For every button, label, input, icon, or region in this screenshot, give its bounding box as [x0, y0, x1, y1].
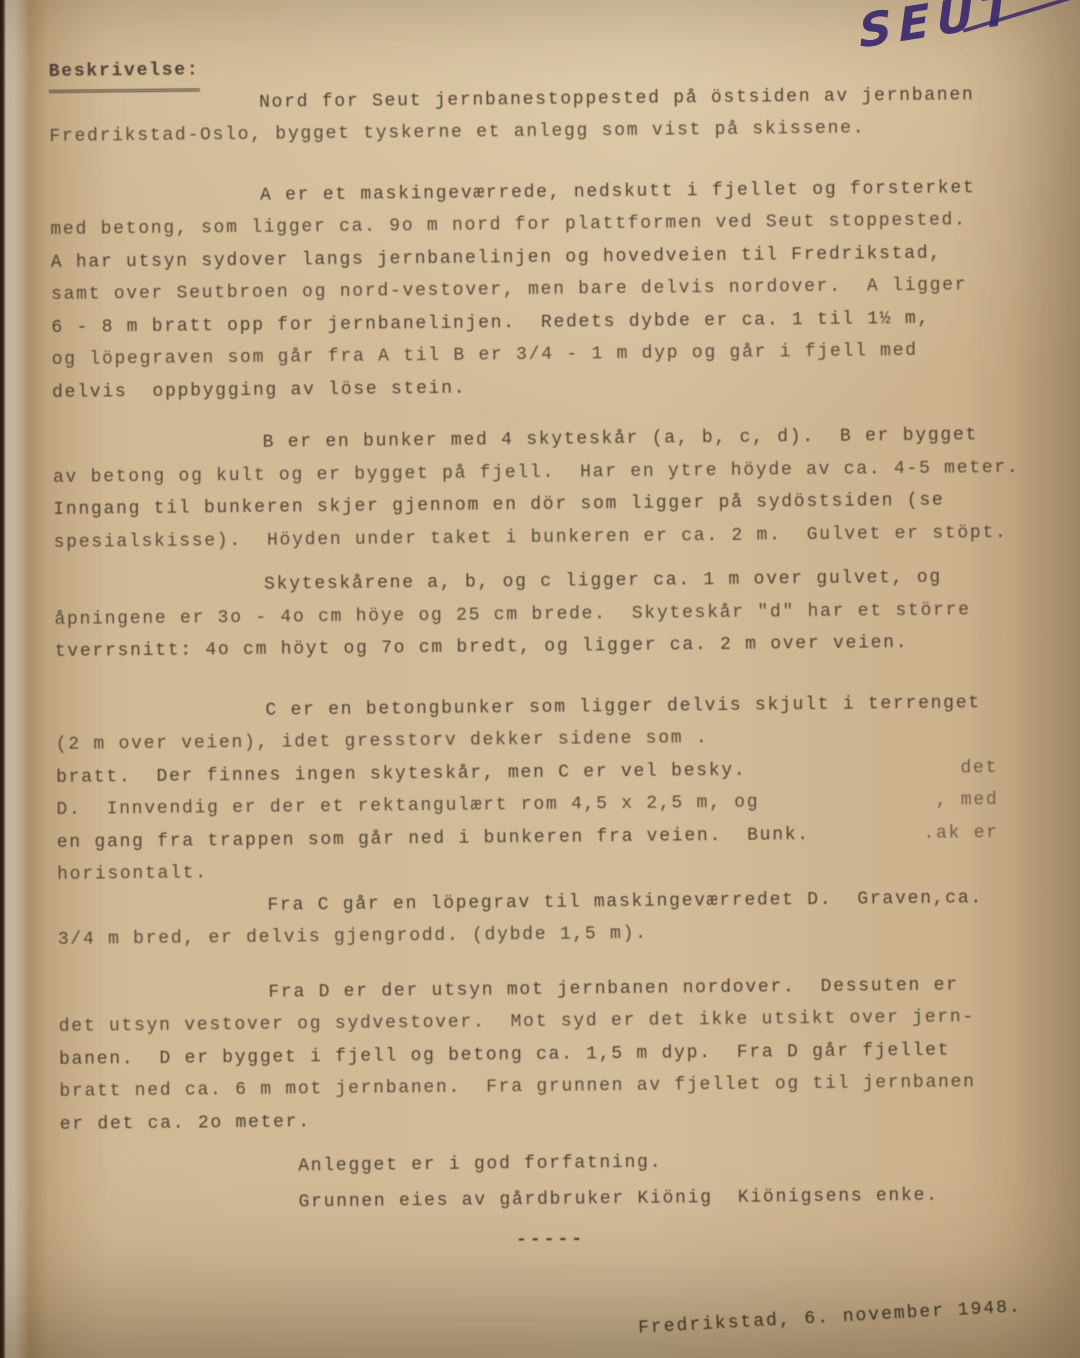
end-separator: -----: [61, 1219, 1053, 1262]
paragraph: Fra C går en löpegrav til maskingeværred…: [57, 881, 1050, 956]
page-title: Beskrivelse:: [49, 54, 200, 92]
line-text: horisontalt.: [57, 857, 208, 891]
paragraph: Skyteskårene a, b, og c ligger ca. 1 m o…: [54, 561, 1047, 669]
paragraph: C er en betongbunker som ligger delvis s…: [55, 686, 1049, 891]
paragraph: Fra D er der utsyn mot jernbanen nordove…: [58, 968, 1052, 1141]
line-text: Grunnen eies av gårdbruker Kiönig Kiönig…: [298, 1179, 938, 1218]
faded-line-fragment: det: [960, 751, 1048, 784]
text-line: Grunnen eies av gårdbruker Kiönig Kiönig…: [60, 1178, 1052, 1221]
line-text: (2 m over veien), idet gresstorv dekker …: [56, 722, 709, 761]
document-body: Nord for Seut jernbanestoppested på östs…: [49, 78, 1053, 1221]
paragraph: Grunnen eies av gårdbruker Kiönig Kiönig…: [60, 1178, 1052, 1221]
line-text: 3/4 m bred, er delvis gjengrodd. (dybde …: [58, 918, 648, 957]
paragraph: A er et maskingeværrede, nedskutt i fjel…: [50, 171, 1044, 409]
line-text: er det ca. 2o meter.: [60, 1106, 311, 1141]
faded-line-fragment: , med: [936, 784, 1049, 818]
paragraph: B er en bunker med 4 skyteskår (a, b, c,…: [52, 419, 1045, 559]
scanned-page: Beskrivelse: Nord for Seut jernbanestopp…: [48, 0, 1053, 1261]
line-text: delvis oppbygging av löse stein.: [52, 372, 467, 409]
faded-line-fragment: .ak er: [923, 816, 1049, 850]
dateline: Fredrikstad, 6. november 1948.: [638, 1297, 1023, 1338]
line-text: Anlegget er i god forfatning.: [298, 1147, 662, 1183]
